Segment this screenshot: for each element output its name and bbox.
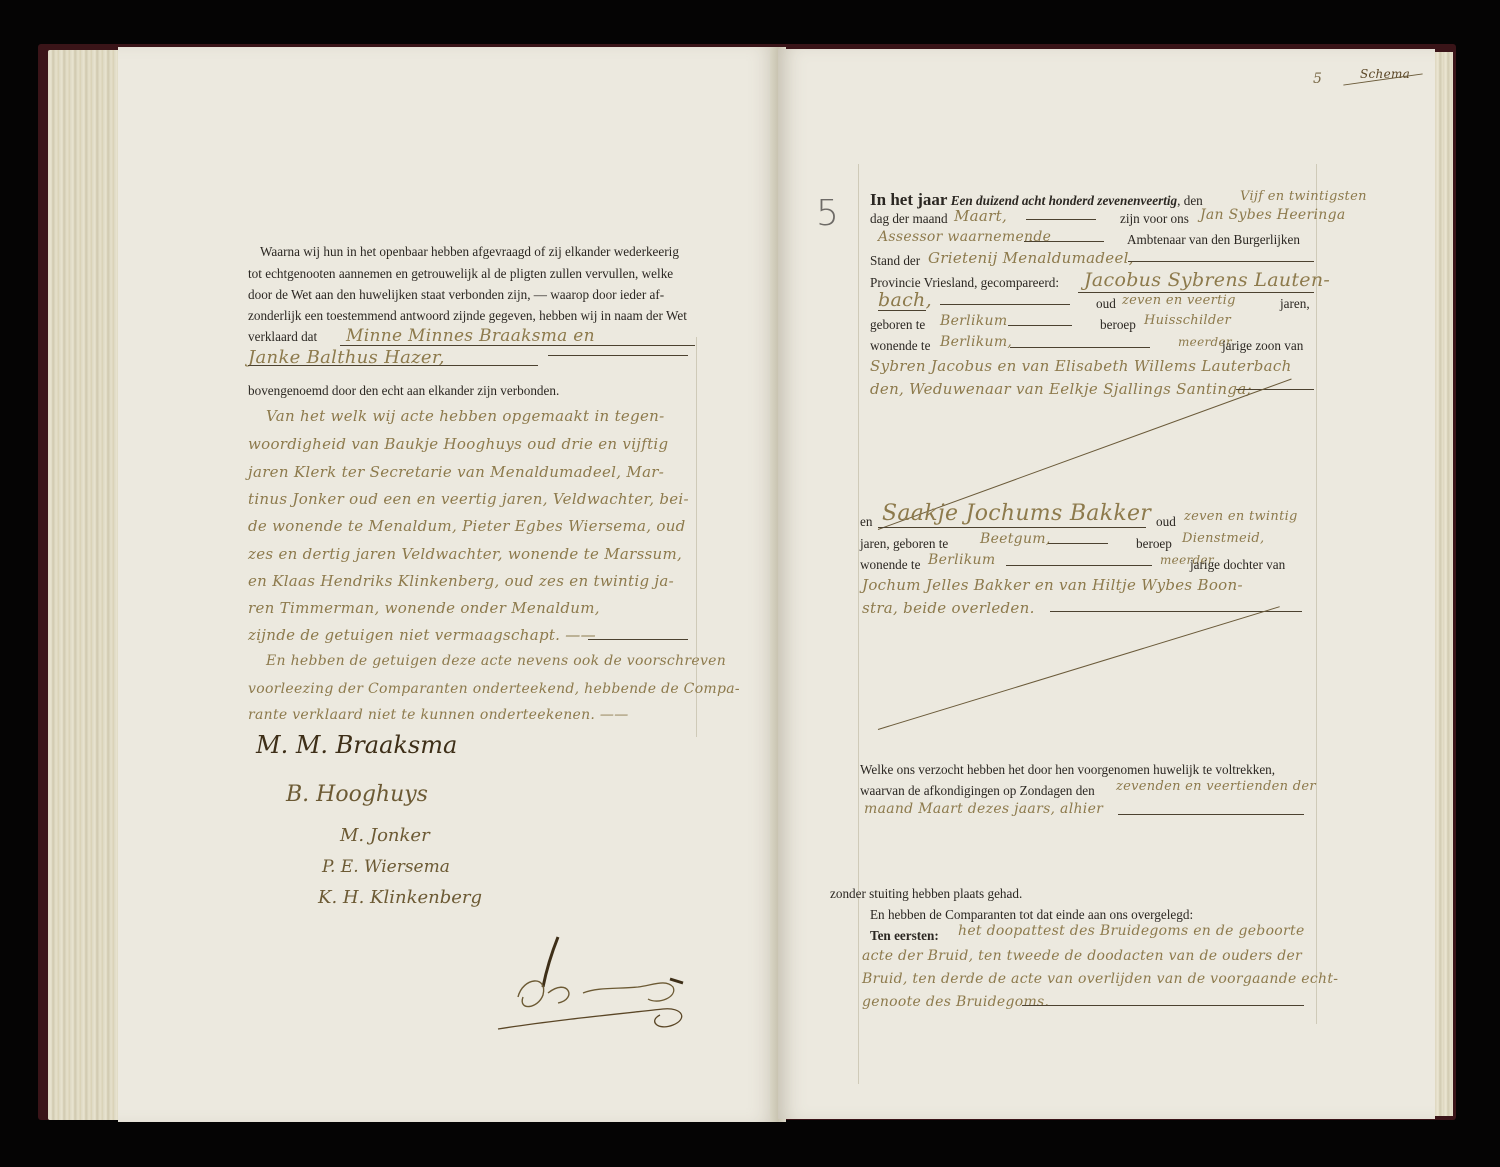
- fill-rule: [940, 304, 1070, 305]
- fill-rule: [1118, 814, 1304, 815]
- groom-parents-handwritten-2: den, Weduwenaar van Eelkje Sjallings San…: [870, 380, 1252, 398]
- handwritten-line: zijnde de getuigen niet vermaagschapt. —…: [248, 626, 596, 644]
- margin-line: [696, 337, 697, 737]
- printed-line: door de Wet aan den huwelijken staat ver…: [248, 288, 664, 301]
- margin-act-number: 5: [816, 193, 839, 234]
- printed-text: beroep: [1136, 537, 1172, 550]
- printed-text: wonende te: [860, 558, 920, 571]
- printed-line: tot echtgenooten aannemen en getrouwelij…: [248, 267, 673, 280]
- printed-closing: bovengenoemd door den echt aan elkander …: [248, 384, 559, 397]
- fill-rule: [878, 527, 1146, 528]
- printed-line: Waarna wij hun in het openbaar hebben af…: [260, 245, 679, 258]
- printed-text: oud: [1156, 515, 1176, 528]
- printed-line-2: dag der maand: [870, 212, 948, 225]
- bride-birthplace-handwritten: Beetgum,: [980, 531, 1051, 547]
- fill-rule: [340, 345, 695, 346]
- fill-rule: [1048, 543, 1108, 544]
- handwritten-line: ren Timmerman, wonende onder Menaldum,: [248, 599, 600, 617]
- fill-rule: [1128, 261, 1314, 262]
- printed-line: zonder stuiting hebben plaats gehad.: [830, 887, 1022, 900]
- right-page: 5 Schema 5 In het jaar Een duizend acht …: [778, 49, 1435, 1119]
- printed-line: verklaard dat: [248, 330, 317, 343]
- printed-line: Welke ons verzocht hebben het door hen v…: [860, 763, 1275, 776]
- printed-text: , den: [1177, 193, 1203, 208]
- handwritten-line: en Klaas Hendriks Klinkenberg, oud zes e…: [248, 572, 674, 590]
- fill-rule: [588, 639, 688, 640]
- groom-parents-handwritten: Sybren Jacobus en van Elisabeth Willems …: [870, 357, 1292, 375]
- municipality-handwritten: Grietenij Menaldumadeel,: [928, 249, 1134, 267]
- documents-handwritten-2: acte der Bruid, ten tweede de doodacten …: [862, 948, 1302, 964]
- signature-braaksma: M. M. Braaksma: [256, 731, 457, 759]
- printed-text: geboren te: [870, 318, 925, 331]
- page-edges-left: [48, 50, 124, 1120]
- fill-rule: [1006, 565, 1152, 566]
- printed-text: jaren,: [1280, 297, 1310, 310]
- handwritten-line: zes en dertig jaren Veldwachter, wonende…: [248, 545, 682, 563]
- left-margin-line: [858, 164, 859, 1084]
- fill-rule: [1008, 325, 1072, 326]
- day-handwritten: Vijf en twintigsten: [1240, 189, 1367, 204]
- fill-rule: [1026, 219, 1096, 220]
- handwritten-line: En hebben de getuigen deze acte nevens o…: [266, 653, 726, 669]
- fill-rule: [878, 310, 926, 311]
- handwritten-line: de wonende te Menaldum, Pieter Egbes Wie…: [248, 517, 686, 535]
- handwritten-line: tinus Jonker oud een en veertig jaren, V…: [248, 490, 689, 508]
- groom-name-handwritten-2: bach,: [878, 289, 932, 311]
- official-handwritten: Jan Sybes Heeringa: [1200, 207, 1345, 223]
- handwritten-line: jaren Klerk ter Secretarie van Menalduma…: [248, 463, 664, 481]
- bride-name-handwritten: Saakje Jochums Bakker: [882, 501, 1151, 526]
- year-text: Een duizend acht honderd zevenenveertig: [951, 193, 1177, 208]
- printed-text: zijn voor ons: [1120, 212, 1189, 225]
- handwritten-line: Van het welk wij acte hebben opgemaakt i…: [266, 407, 665, 425]
- printed-line: En hebben de Comparanten tot dat einde a…: [870, 908, 1193, 921]
- signature-jonker: M. Jonker: [340, 825, 430, 846]
- printed-text: Provincie Vriesland, gecompareerd:: [870, 276, 1059, 289]
- signature-klinkenberg: K. H. Klinkenberg: [318, 887, 482, 908]
- bride-profession-handwritten: Dienstmeid,: [1182, 531, 1264, 546]
- groom-name-handwritten: Minne Minnes Braaksma en: [346, 326, 595, 346]
- cancel-stroke: [878, 606, 1280, 730]
- page-number: 5: [1313, 71, 1322, 87]
- handwritten-line: rante verklaard niet te kunnen onderteek…: [248, 707, 629, 723]
- groom-profession-handwritten: Huisschilder: [1144, 313, 1231, 328]
- signature-wiersema: P. E. Wiersema: [322, 857, 450, 877]
- bride-age-handwritten: zeven en twintig: [1184, 509, 1298, 524]
- documents-handwritten-3: Bruid, ten derde de acte van overlijden …: [862, 971, 1338, 987]
- printed-text: jarige dochter van: [1190, 558, 1285, 571]
- signature-hooghuys: B. Hooghuys: [286, 782, 428, 807]
- official-role-handwritten: Assessor waarnemende: [878, 229, 1051, 245]
- fill-rule: [548, 355, 688, 356]
- fill-rule: [1236, 389, 1314, 390]
- printed-line: zonderlijk een toestemmend antwoord zijn…: [248, 309, 687, 322]
- printed-text: In het jaar: [870, 190, 947, 209]
- left-page: Waarna wij hun in het openbaar hebben af…: [118, 47, 778, 1122]
- printed-text: jarige zoon van: [1222, 339, 1303, 352]
- printed-text: beroep: [1100, 318, 1136, 331]
- groom-age-handwritten: zeven en veertig: [1122, 293, 1236, 308]
- banns-handwritten-2: maand Maart dezes jaars, alhier: [864, 801, 1103, 817]
- bride-parents-handwritten-2: stra, beide overleden.: [862, 599, 1035, 617]
- handwritten-line: woordigheid van Baukje Hooghuys oud drie…: [248, 435, 668, 453]
- printed-text: oud: [1096, 297, 1116, 310]
- documents-handwritten: het doopattest des Bruidegoms en de gebo…: [958, 923, 1305, 939]
- printed-line-1: In het jaar Een duizend acht honderd zev…: [870, 191, 1203, 208]
- groom-residence-handwritten: Berlikum,: [940, 334, 1012, 350]
- right-margin-line: [1316, 164, 1317, 1024]
- printed-text: Ambtenaar van den Burgerlijken: [1127, 233, 1300, 246]
- fill-rule: [1010, 347, 1150, 348]
- fill-rule: [1022, 1005, 1304, 1006]
- printed-ten-eersten: Ten eersten:: [870, 929, 939, 942]
- groom-birthplace-handwritten: Berlikum: [940, 313, 1007, 329]
- fill-rule: [1024, 241, 1104, 242]
- page-edges-right: [1435, 52, 1453, 1116]
- bride-parents-handwritten: Jochum Jelles Bakker en van Hiltje Wybes…: [862, 576, 1243, 594]
- bride-residence-handwritten: Berlikum: [928, 552, 995, 568]
- printed-line: waarvan de afkondigingen op Zondagen den: [860, 784, 1095, 797]
- printed-text: en: [860, 515, 872, 528]
- printed-text: wonende te: [870, 339, 930, 352]
- groom-name-handwritten: Jacobus Sybrens Lauten-: [1084, 269, 1330, 291]
- printed-text: jaren, geboren te: [860, 537, 948, 550]
- official-signature-flourish: [488, 927, 708, 1037]
- banns-handwritten: zevenden en veertienden der: [1116, 779, 1316, 794]
- printed-text: Stand der: [870, 254, 920, 267]
- handwritten-line: voorleezing der Comparanten onderteekend…: [248, 681, 740, 697]
- documents-handwritten-4: genoote des Bruidegoms.: [862, 994, 1049, 1010]
- month-handwritten: Maart,: [954, 207, 1007, 225]
- fill-rule: [248, 365, 538, 366]
